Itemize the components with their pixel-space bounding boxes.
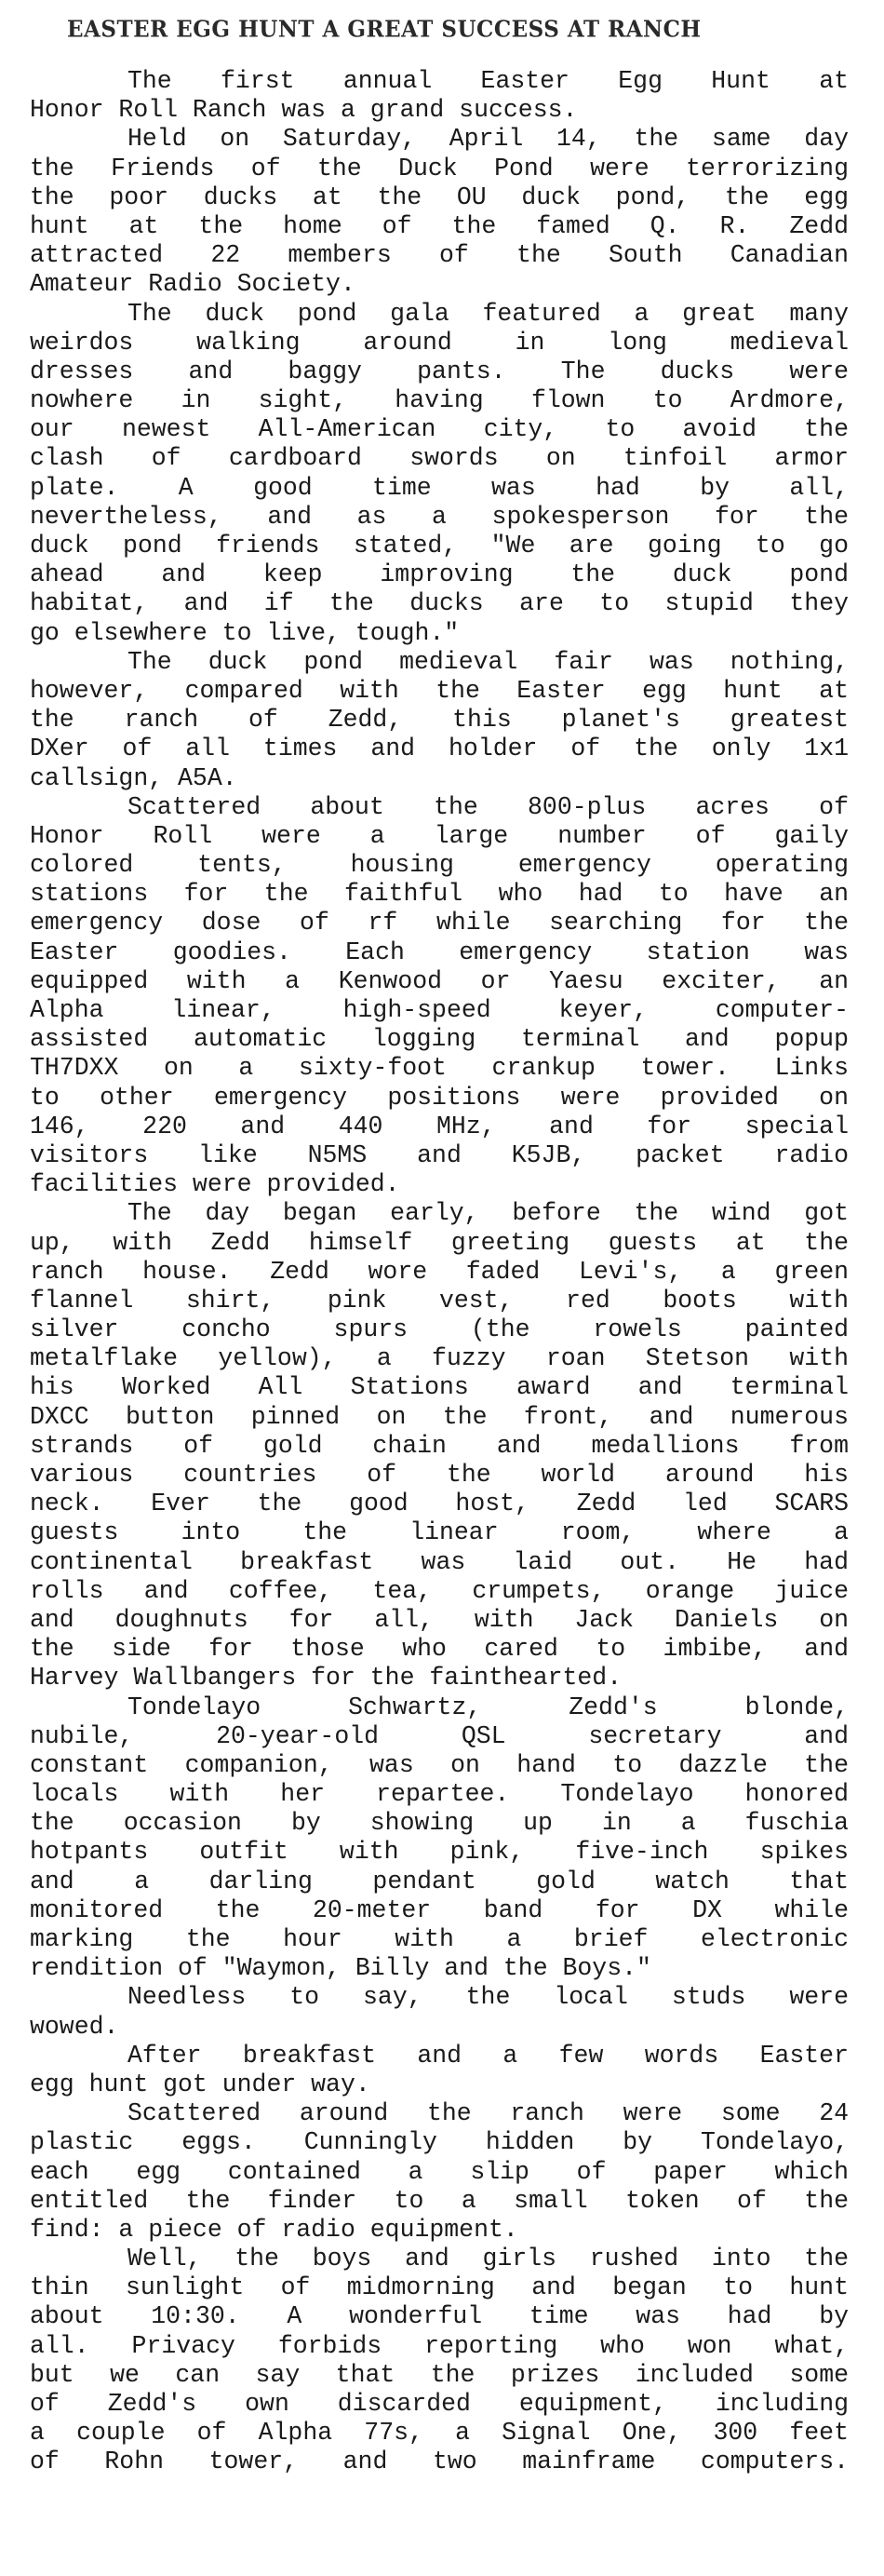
text-line: marking the hour with a brief electronic [30,1925,849,1954]
text-line: Scattered about the 800-plus acres of [30,793,849,822]
text-line: colored tents, housing emergency operati… [30,851,849,880]
text-line: the Friends of the Duck Pond were terror… [30,155,849,183]
text-line: about 10:30. A wonderful time was had by [30,2302,849,2331]
paragraph: The day began early, before the wind got… [30,1199,849,1693]
article-headline: EASTER EGG HUNT A GREAT SUCCESS AT RANCH [67,16,793,42]
text-line: The day began early, before the wind got [30,1199,849,1228]
text-line: however, compared with the Easter egg hu… [30,677,849,706]
text-line: DXer of all times and holder of the only… [30,735,849,763]
text-line: stations for the faithful who had to hav… [30,880,849,909]
paragraph: After breakfast and a few words Eastereg… [30,2042,849,2099]
paragraph: Scattered about the 800-plus acres ofHon… [30,793,849,1200]
text-line: rendition of "Waymon, Billy and the Boys… [30,1954,849,1983]
text-line: but we can say that the prizes included … [30,2361,849,2390]
paragraph: Tondelayo Schwartz, Zedd's blonde,nubile… [30,1693,849,1984]
text-line: the ranch of Zedd, this planet's greates… [30,706,849,735]
text-line: the side for those who cared to imbibe, … [30,1635,849,1664]
text-line: habitat, and if the ducks are to stupid … [30,589,849,618]
text-line: and a darling pendant gold watch that [30,1868,849,1896]
text-line: monitored the 20-meter band for DX while [30,1896,849,1925]
text-line: The first annual Easter Egg Hunt at [30,67,849,96]
text-line: rolls and coffee, tea, crumpets, orange … [30,1577,849,1606]
text-line: nevertheless, and as a spokesperson for … [30,503,849,532]
text-line: Alpha linear, high-speed keyer, computer… [30,996,849,1025]
text-line: plate. A good time was had by all, [30,474,849,503]
text-line: ranch house. Zedd wore faded Levi's, a g… [30,1258,849,1287]
text-line: DXCC button pinned on the front, and num… [30,1403,849,1432]
paragraph: Well, the boys and girls rushed into the… [30,2245,849,2477]
text-line: Held on Saturday, April 14, the same day [30,125,849,154]
text-line: weirdos walking around in long medieval [30,329,849,357]
text-line: neck. Ever the good host, Zedd led SCARS [30,1490,849,1518]
text-line: Needless to say, the local studs were [30,1983,849,2012]
text-line: guests into the linear room, where a [30,1518,849,1547]
paragraph: Needless to say, the local studs werewow… [30,1983,849,2041]
text-line: hotpants outfit with pink, five-inch spi… [30,1838,849,1867]
text-line: of Rohn tower, and two mainframe compute… [30,2448,849,2476]
text-line: wowed. [30,2013,849,2042]
text-line: Amateur Radio Society. [30,270,849,299]
text-line: Tondelayo Schwartz, Zedd's blonde, [30,1693,849,1722]
paragraph: The duck pond medieval fair was nothing,… [30,648,849,793]
text-line: nowhere in sight, having flown to Ardmor… [30,386,849,415]
article-body: The first annual Easter Egg Hunt atHonor… [30,67,849,2477]
text-line: Easter goodies. Each emergency station w… [30,938,849,967]
text-line: up, with Zedd himself greeting guests at… [30,1229,849,1258]
text-line: go elsewhere to live, tough." [30,619,849,648]
text-line: a couple of Alpha 77s, a Signal One, 300… [30,2419,849,2448]
text-line: strands of gold chain and medallions fro… [30,1432,849,1461]
text-line: each egg contained a slip of paper which [30,2158,849,2187]
text-line: of Zedd's own discarded equipment, inclu… [30,2390,849,2419]
text-line: and doughnuts for all, with Jack Daniels… [30,1606,849,1635]
text-line: constant companion, was on hand to dazzl… [30,1751,849,1780]
text-line: ahead and keep improving the duck pond [30,560,849,589]
text-line: metalflake yellow), a fuzzy roan Stetson… [30,1344,849,1373]
text-line: plastic eggs. Cunningly hidden by Tondel… [30,2128,849,2157]
text-line: find: a piece of radio equipment. [30,2216,849,2245]
text-line: callsign, A5A. [30,764,849,793]
text-line: Harvey Wallbangers for the fainthearted. [30,1664,849,1693]
text-line: visitors like N5MS and K5JB, packet radi… [30,1141,849,1170]
text-line: the occasion by showing up in a fuschia [30,1809,849,1838]
paragraph: Held on Saturday, April 14, the same day… [30,125,849,299]
text-line: entitled the finder to a small token of … [30,2187,849,2216]
text-line: emergency dose of rf while searching for… [30,909,849,937]
text-line: hunt at the home of the famed Q. R. Zedd [30,212,849,241]
text-line: attracted 22 members of the South Canadi… [30,241,849,270]
text-line: continental breakfast was laid out. He h… [30,1548,849,1577]
text-line: locals with her repartee. Tondelayo hono… [30,1780,849,1809]
text-line: his Worked All Stations award and termin… [30,1373,849,1402]
text-line: Honor Roll Ranch was a grand success. [30,96,849,125]
text-line: facilities were provided. [30,1170,849,1199]
text-line: duck pond friends stated, "We are going … [30,532,849,560]
text-line: Scattered around the ranch were some 24 [30,2099,849,2128]
text-line: The duck pond medieval fair was nothing, [30,648,849,677]
text-line: dresses and baggy pants. The ducks were [30,357,849,386]
text-line: the poor ducks at the OU duck pond, the … [30,183,849,212]
text-line: egg hunt got under way. [30,2070,849,2099]
text-line: to other emergency positions were provid… [30,1084,849,1113]
text-line: flannel shirt, pink vest, red boots with [30,1287,849,1315]
text-line: all. Privacy forbids reporting who won w… [30,2332,849,2361]
text-line: assisted automatic logging terminal and … [30,1025,849,1054]
text-line: Well, the boys and girls rushed into the [30,2245,849,2273]
text-line: silver concho spurs (the rowels painted [30,1315,849,1344]
text-line: Honor Roll were a large number of gaily [30,822,849,851]
paragraph: Scattered around the ranch were some 24p… [30,2099,849,2245]
text-line: TH7DXX on a sixty-foot crankup tower. Li… [30,1054,849,1083]
paragraph: The first annual Easter Egg Hunt atHonor… [30,67,849,125]
text-line: thin sunlight of midmorning and began to… [30,2273,849,2302]
text-line: After breakfast and a few words Easter [30,2042,849,2070]
text-line: The duck pond gala featured a great many [30,300,849,329]
text-line: nubile, 20-year-old QSL secretary and [30,1722,849,1751]
paragraph: The duck pond gala featured a great many… [30,300,849,648]
text-line: clash of cardboard swords on tinfoil arm… [30,444,849,473]
text-line: 146, 220 and 440 MHz, and for special [30,1113,849,1141]
text-line: our newest All-American city, to avoid t… [30,415,849,444]
document-page: EASTER EGG HUNT A GREAT SUCCESS AT RANCH… [0,0,884,2576]
text-line: various countries of the world around hi… [30,1461,849,1490]
text-line: equipped with a Kenwood or Yaesu exciter… [30,967,849,996]
